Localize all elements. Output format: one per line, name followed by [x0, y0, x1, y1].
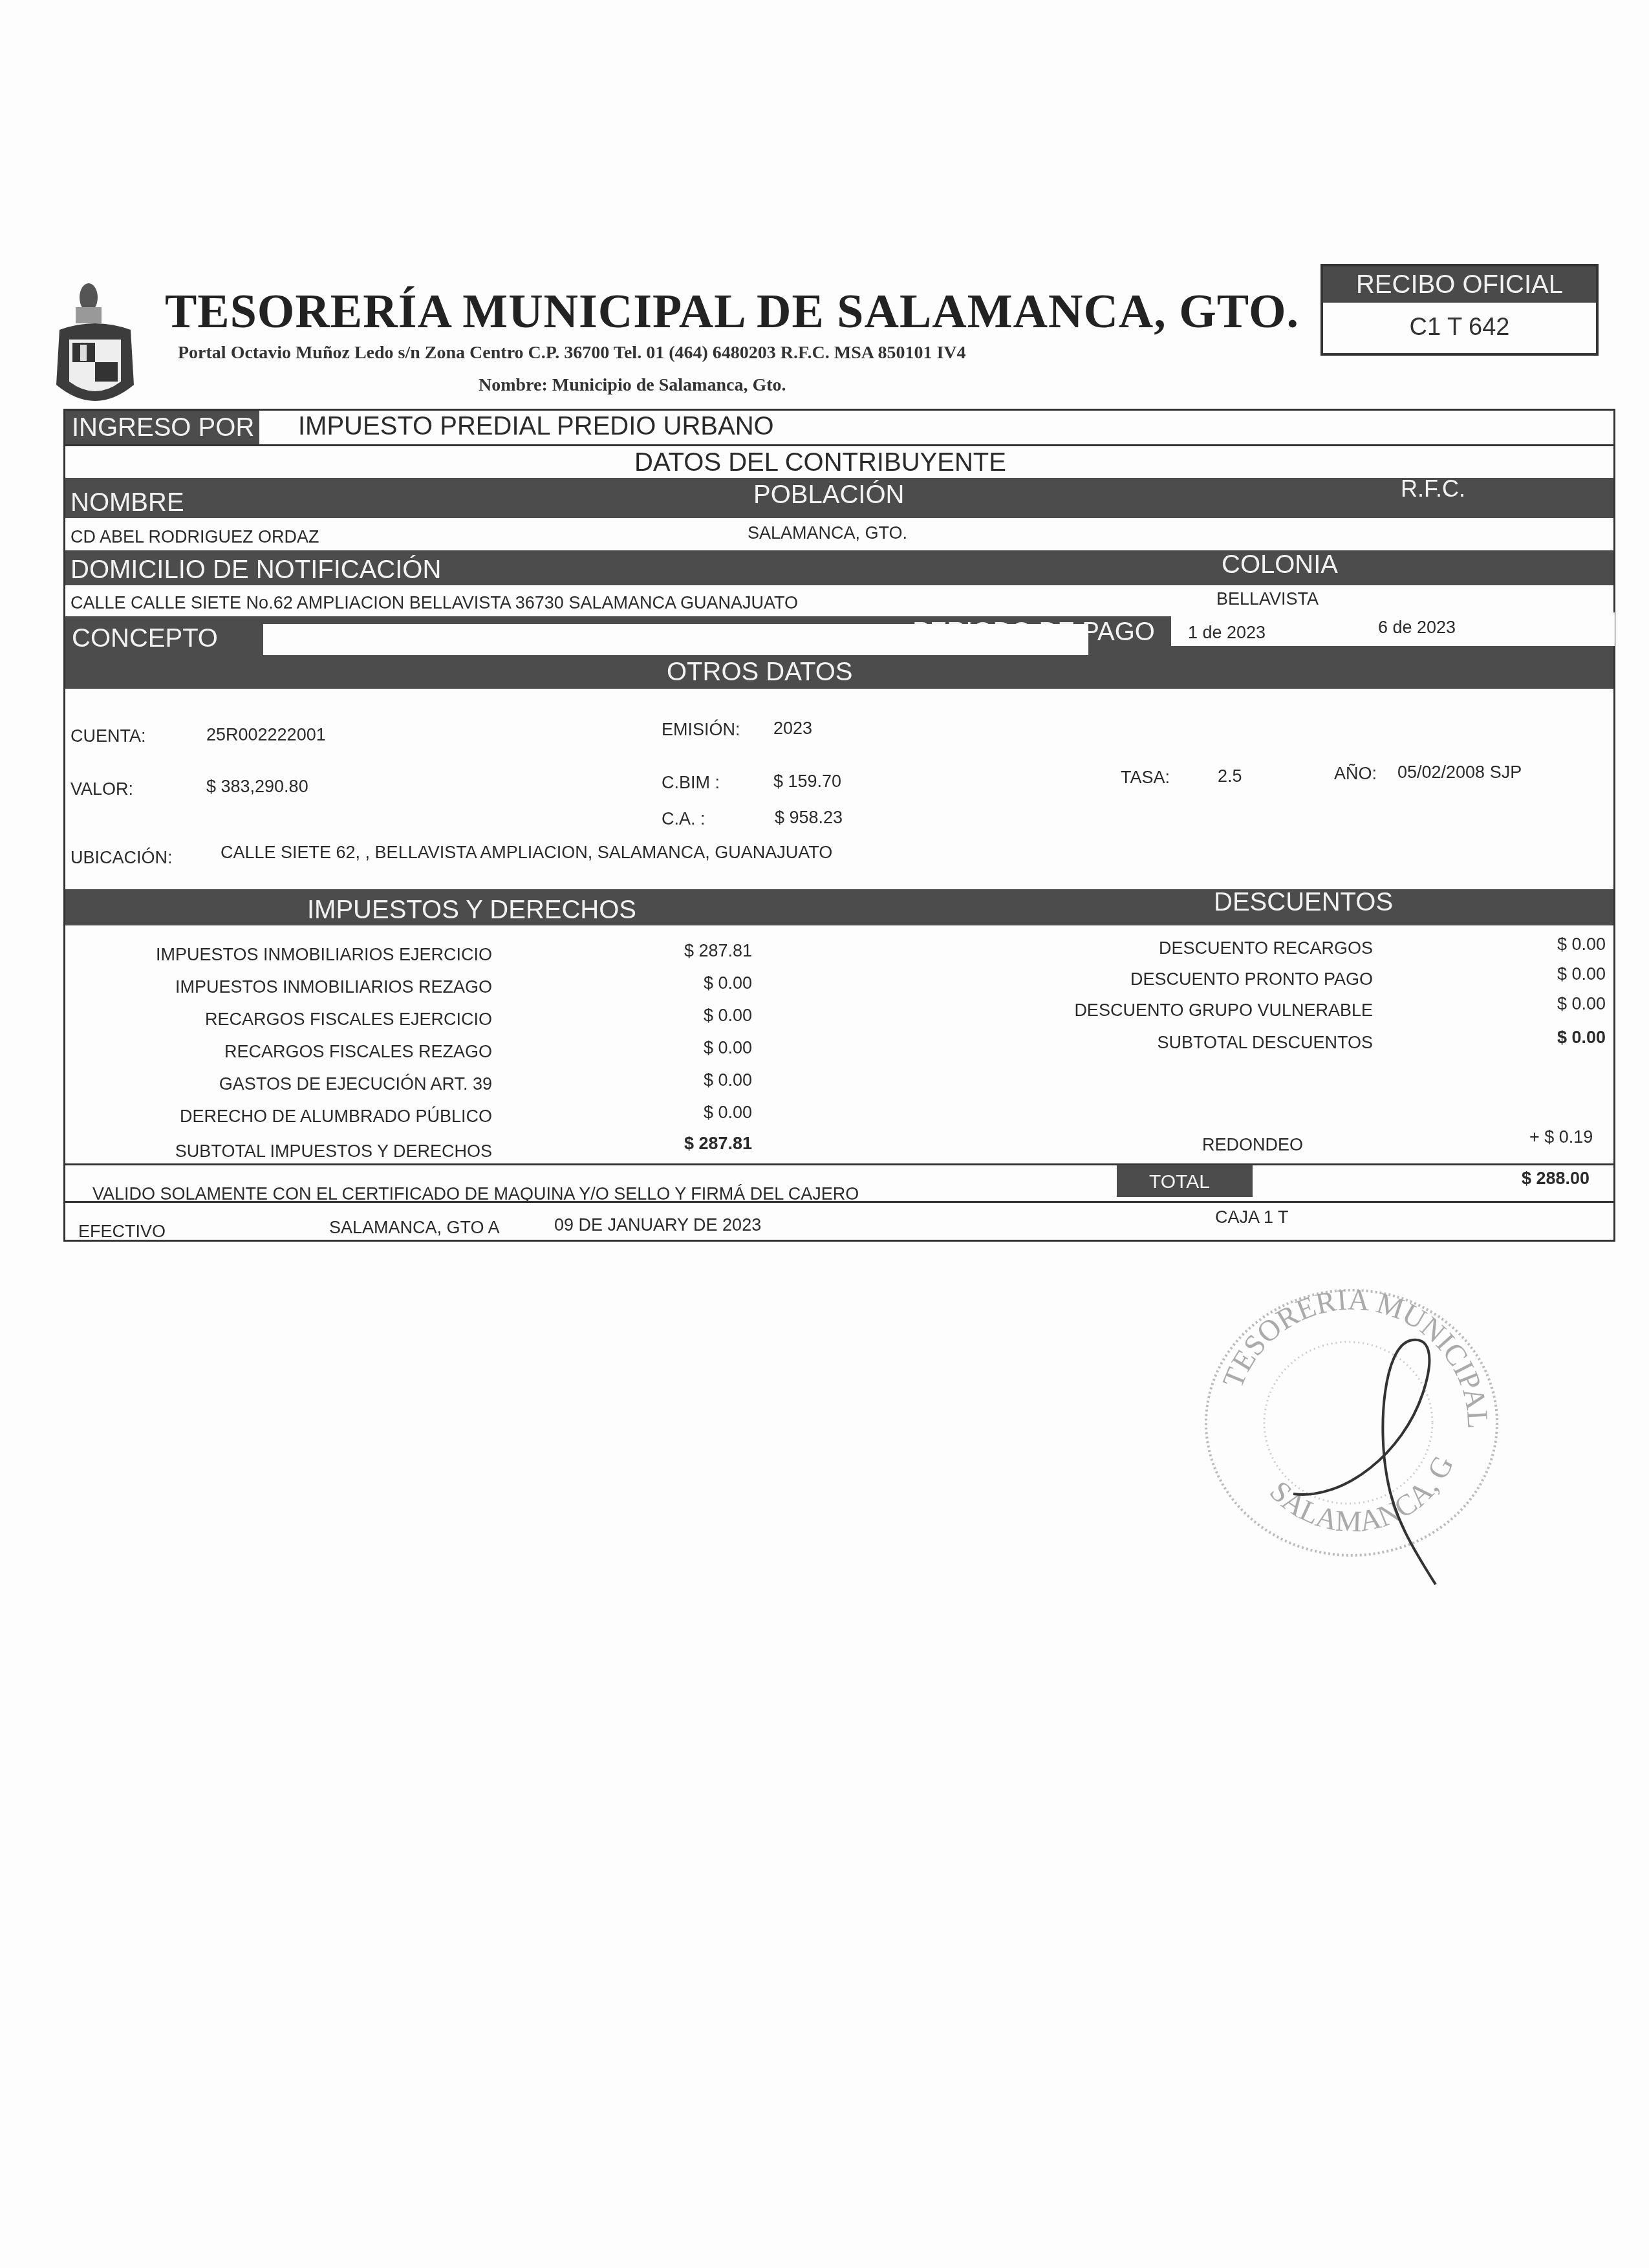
impuesto-amount: $ 0.00 — [704, 1038, 752, 1058]
impuesto-label: DERECHO DE ALUMBRADO PÚBLICO — [180, 1107, 492, 1127]
coat-of-arms-icon — [47, 278, 144, 417]
ubicacion-value: CALLE SIETE 62, , BELLAVISTA AMPLIACION,… — [221, 843, 832, 863]
ubicacion-label: UBICACIÓN: — [70, 848, 173, 868]
receipt-label: RECIBO OFICIAL — [1323, 266, 1596, 303]
periodo-hasta: 6 de 2023 — [1378, 618, 1456, 638]
payment-place: SALAMANCA, GTO A — [329, 1218, 500, 1238]
ca-label: C.A. : — [662, 809, 706, 829]
nombre-value: CD ABEL RODRIGUEZ ORDAZ — [70, 527, 319, 547]
otros-datos-title: OTROS DATOS — [667, 658, 852, 687]
descuento-amount: $ 0.00 — [1557, 964, 1606, 984]
colonia-value: BELLAVISTA — [1216, 589, 1319, 609]
descuentos-subtotal-label: SUBTOTAL DESCUENTOS — [1157, 1033, 1373, 1053]
receipt-number-box: RECIBO OFICIAL C1 T 642 — [1320, 264, 1599, 356]
contribuyente-section-title: DATOS DEL CONTRIBUYENTE — [634, 448, 1006, 477]
impuesto-label: IMPUESTOS INMOBILIARIOS REZAGO — [175, 977, 492, 997]
svg-text:TESORERIA MUNICIPAL: TESORERIA MUNICIPAL — [1216, 1283, 1494, 1430]
impuesto-amount: $ 0.00 — [704, 1006, 752, 1026]
domicilio-value: CALLE CALLE SIETE No.62 AMPLIACION BELLA… — [70, 593, 798, 613]
payment-date: 09 DE JANUARY DE 2023 — [554, 1215, 761, 1235]
impuesto-amount: $ 0.00 — [704, 1103, 752, 1123]
periodo-field: 1 de 2023 6 de 2023 — [1171, 612, 1615, 646]
impuesto-amount: $ 287.81 — [684, 941, 752, 961]
anio-value: 05/02/2008 SJP — [1397, 762, 1522, 783]
cuenta-label: CUENTA: — [70, 726, 146, 746]
domicilio-header-bar: DOMICILIO DE NOTIFICACIÓN COLONIA — [65, 550, 1613, 585]
official-seal-icon: TESORERIA MUNICIPAL SALAMANCA, GTO. — [1190, 1264, 1513, 1588]
cbim-value: $ 159.70 — [773, 772, 841, 792]
ingreso-value: IMPUESTO PREDIAL PREDIO URBANO — [298, 412, 774, 441]
receipt-number: C1 T 642 — [1323, 303, 1596, 352]
total-label-bar: TOTAL — [1117, 1165, 1253, 1197]
nombre-label: NOMBRE — [70, 488, 184, 517]
concepto-field — [263, 624, 1088, 655]
descuento-label: DESCUENTO RECARGOS — [1159, 938, 1373, 958]
tasa-label: TASA: — [1121, 768, 1170, 788]
poblacion-value: SALAMANCA, GTO. — [748, 523, 907, 543]
descuento-amount: $ 0.00 — [1557, 994, 1606, 1014]
total-label: TOTAL — [1149, 1171, 1210, 1193]
impuesto-label: RECARGOS FISCALES EJERCICIO — [205, 1010, 492, 1030]
total-value: $ 288.00 — [1522, 1169, 1590, 1189]
descuento-label: DESCUENTO PRONTO PAGO — [1130, 969, 1373, 989]
periodo-desde: 1 de 2023 — [1188, 623, 1266, 643]
payment-method: EFECTIVO — [78, 1222, 166, 1242]
descuentos-subtotal: $ 0.00 — [1557, 1028, 1606, 1048]
impuesto-label: IMPUESTOS INMOBILIARIOS EJERCICIO — [156, 945, 492, 965]
impuestos-subtotal-label: SUBTOTAL IMPUESTOS Y DERECHOS — [175, 1141, 492, 1161]
descuento-amount: $ 0.00 — [1557, 934, 1606, 955]
issuer-name: Nombre: Municipio de Salamanca, Gto. — [479, 375, 786, 396]
contribuyente-header-bar: NOMBRE POBLACIÓN R.F.C. — [65, 478, 1613, 518]
impuestos-descuentos-bar: IMPUESTOS Y DERECHOS DESCUENTOS — [65, 889, 1613, 925]
cashier: CAJA 1 T — [1215, 1207, 1289, 1227]
redondeo-value: + $ 0.19 — [1529, 1127, 1593, 1147]
cuenta-value: 25R002222001 — [206, 725, 326, 745]
anio-label: AÑO: — [1334, 764, 1377, 784]
issuer-title: TESORERÍA MUNICIPAL DE SALAMANCA, GTO. — [165, 285, 1299, 340]
impuestos-subtotal: $ 287.81 — [684, 1134, 752, 1154]
colonia-label: COLONIA — [1222, 550, 1338, 579]
impuesto-label: GASTOS DE EJECUCIÓN ART. 39 — [219, 1074, 492, 1094]
impuesto-label: RECARGOS FISCALES REZAGO — [224, 1042, 492, 1062]
tasa-value: 2.5 — [1218, 766, 1242, 786]
cbim-label: C.BIM : — [662, 773, 720, 793]
emision-value: 2023 — [773, 718, 812, 739]
ingreso-label-bar: INGRESO POR — [65, 411, 259, 444]
impuesto-amount: $ 0.00 — [704, 973, 752, 993]
impuesto-amount: $ 0.00 — [704, 1070, 752, 1090]
issuer-address: Portal Octavio Muñoz Ledo s/n Zona Centr… — [178, 343, 966, 363]
redondeo-label: REDONDEO — [1202, 1135, 1303, 1155]
valor-label: VALOR: — [70, 779, 133, 799]
descuentos-title: DESCUENTOS — [1214, 888, 1393, 917]
descuento-label: DESCUENTO GRUPO VULNERABLE — [1074, 1000, 1373, 1021]
receipt-form: INGRESO POR IMPUESTO PREDIAL PREDIO URBA… — [63, 409, 1615, 1242]
rfc-label: R.F.C. — [1401, 475, 1465, 502]
concepto-label: CONCEPTO — [72, 624, 218, 653]
valor-value: $ 383,290.80 — [206, 777, 308, 797]
domicilio-label: DOMICILIO DE NOTIFICACIÓN — [70, 556, 441, 585]
poblacion-label: POBLACIÓN — [753, 481, 904, 510]
emision-label: EMISIÓN: — [662, 720, 740, 740]
impuestos-title: IMPUESTOS Y DERECHOS — [307, 896, 636, 925]
ingreso-label: INGRESO POR — [72, 413, 254, 442]
ca-value: $ 958.23 — [775, 808, 843, 828]
